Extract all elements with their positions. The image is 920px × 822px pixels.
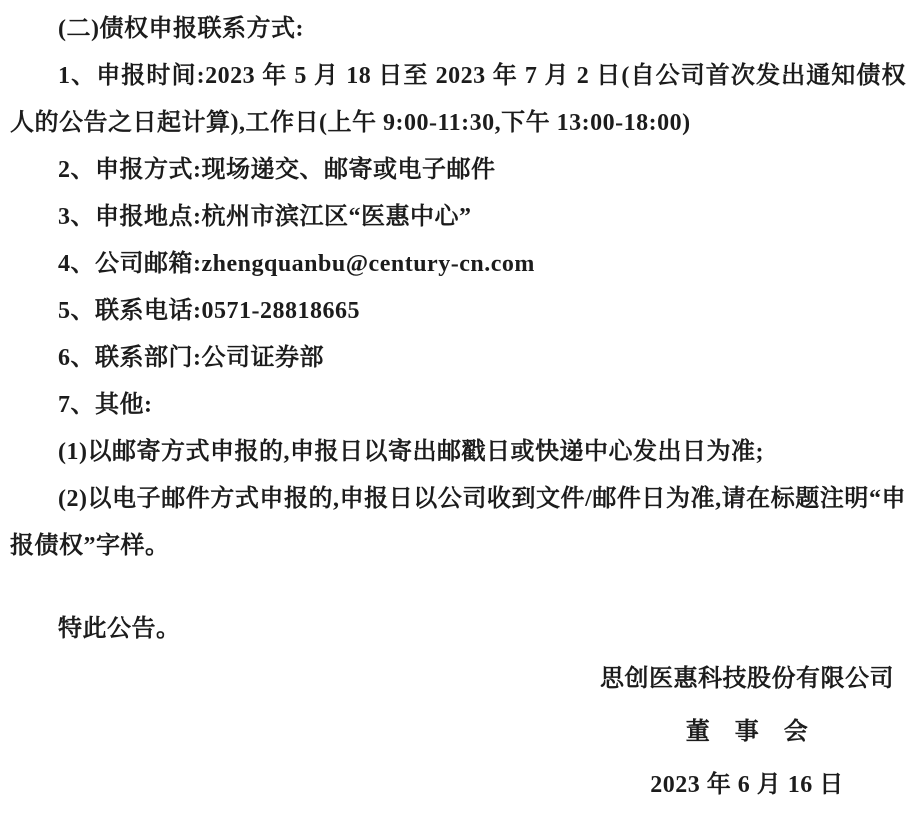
- declaration-method-item: 2、申报方式:现场递交、邮寄或电子邮件: [10, 147, 906, 194]
- others-heading-item: 7、其他:: [10, 382, 906, 429]
- signature-board-line: 董 事 会: [600, 706, 894, 759]
- declaration-time-item: 1、申报时间:2023 年 5 月 18 日至 2023 年 7 月 2 日(自…: [10, 53, 906, 147]
- section-heading: (二)债权申报联系方式:: [10, 6, 906, 53]
- signature-block: 思创医惠科技股份有限公司 董 事 会 2023 年 6 月 16 日: [600, 653, 894, 812]
- declaration-address-item: 3、申报地点:杭州市滨江区“医惠中心”: [10, 194, 906, 241]
- mail-declaration-note: (1)以邮寄方式申报的,申报日以寄出邮戳日或快递中心发出日为准;: [10, 429, 906, 476]
- contact-department-item: 6、联系部门:公司证券部: [10, 335, 906, 382]
- signature-date: 2023 年 6 月 16 日: [600, 759, 894, 812]
- contact-phone-item: 5、联系电话:0571-28818665: [10, 288, 906, 335]
- email-declaration-note: (2)以电子邮件方式申报的,申报日以公司收到文件/邮件日为准,请在标题注明“申报…: [10, 476, 906, 570]
- closing-line: 特此公告。: [10, 606, 906, 653]
- announcement-document: (二)债权申报联系方式: 1、申报时间:2023 年 5 月 18 日至 202…: [0, 0, 920, 812]
- company-email-item: 4、公司邮箱:zhengquanbu@century-cn.com: [10, 241, 906, 288]
- blank-line: [10, 570, 906, 606]
- signature-company-name: 思创医惠科技股份有限公司: [600, 653, 894, 706]
